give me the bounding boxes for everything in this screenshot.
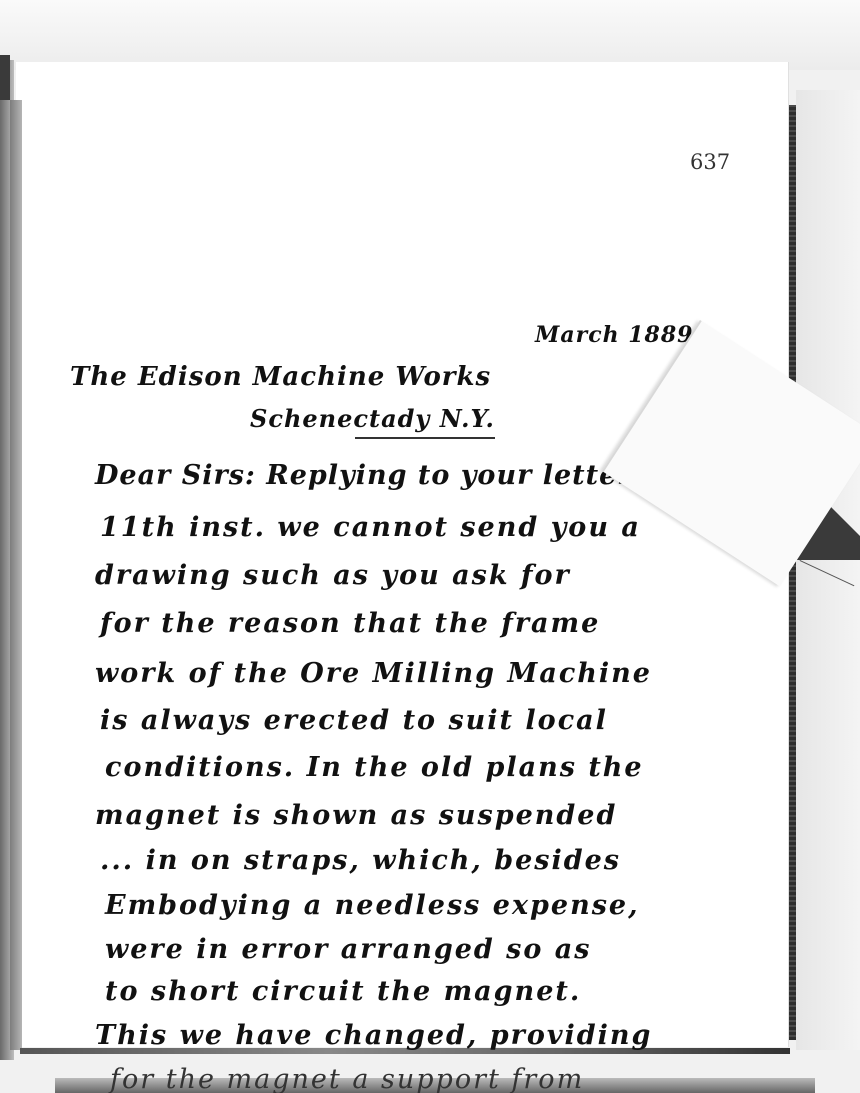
letter-date: March 1889: [535, 322, 693, 348]
address-underline: [355, 437, 495, 439]
body-line: conditions. In the old plans the: [105, 752, 644, 783]
body-line: drawing such as you ask for: [95, 560, 571, 591]
body-line: for the magnet a support from: [110, 1064, 584, 1093]
body-line: magnet is shown as suspended: [95, 800, 617, 831]
body-line: is always erected to suit local: [100, 705, 608, 736]
addressee-line-2: Schenectady N.Y.: [250, 404, 495, 433]
addressee-line-1: The Edison Machine Works: [70, 362, 491, 392]
body-line: for the reason that the frame: [100, 608, 600, 639]
scan-background: [0, 0, 860, 70]
body-line: work of the Ore Milling Machine: [95, 658, 652, 689]
body-line: 11th inst. we cannot send you a: [100, 512, 641, 543]
book-cover-corner: [0, 55, 10, 100]
body-line: Embodying a needless expense,: [105, 890, 640, 921]
body-line: were in error arranged so as: [105, 934, 591, 965]
body-line: to short circuit the magnet.: [105, 976, 581, 1007]
body-line: ... in on straps, which, besides: [100, 845, 621, 876]
body-line: Dear Sirs: Replying to your letter: [95, 460, 632, 491]
page-number: 637: [690, 150, 730, 174]
body-line: This we have changed, providing: [95, 1020, 652, 1051]
page-gutter: [10, 100, 22, 1050]
